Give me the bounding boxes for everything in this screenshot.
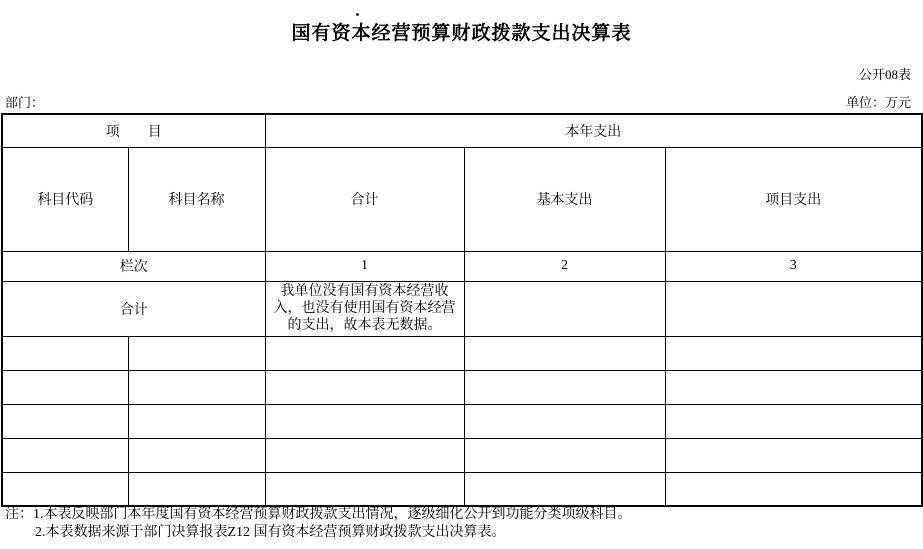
note-1: 注：1.本表反映部门本年度国有资本经营预算财政拨款支出情况，逐级细化公开到功能分… [5, 506, 915, 524]
header-cell-total: 合计 [265, 147, 464, 251]
empty-cell [665, 370, 922, 404]
page-title: 国有资本经营预算财政拨款支出决算表 [0, 18, 923, 45]
empty-cell [2, 472, 128, 506]
empty-cell [665, 404, 922, 438]
empty-cell [128, 370, 265, 404]
index-cell-3: 3 [665, 251, 922, 281]
empty-cell [265, 370, 464, 404]
note-2: 2.本表数据来源于部门决算报表Z12 国有资本经营预算财政拨款支出决算表。 [5, 524, 915, 542]
empty-cell [265, 404, 464, 438]
empty-cell [464, 438, 665, 472]
index-row-label: 栏次 [2, 251, 265, 281]
empty-cell [2, 404, 128, 438]
no-data-statement-cell: 我单位没有国有资本经营收 入，也没有使用国有资本经营 的支出，故本表无数据。 [265, 281, 464, 336]
empty-cell [665, 472, 922, 506]
empty-cell [464, 370, 665, 404]
empty-cell [464, 472, 665, 506]
empty-row [2, 336, 922, 370]
empty-cell [128, 472, 265, 506]
empty-cell [265, 472, 464, 506]
note-2-text: 2.本表数据来源于部门决算报表Z12 国有资本经营预算财政拨款支出决算表。 [35, 525, 506, 540]
header-cell-project-expenditure: 项目支出 [665, 147, 922, 251]
column-index-row: 栏次 1 2 3 [2, 251, 922, 281]
index-cell-1: 1 [265, 251, 464, 281]
table-code-label: 公开08表 [859, 64, 911, 83]
total-row-label: 合计 [2, 281, 265, 336]
empty-row [2, 370, 922, 404]
expenditure-table: 项 目 本年支出 科目代码 科目名称 合计 基本支出 项目支出 栏次 1 2 3… [1, 113, 923, 507]
header-group-row: 项 目 本年支出 [2, 114, 922, 147]
empty-cell [265, 438, 464, 472]
empty-cell [2, 438, 128, 472]
header-group-current-year-expenditure: 本年支出 [265, 114, 922, 147]
empty-row [2, 472, 922, 506]
empty-cell [665, 438, 922, 472]
total-row: 合计 我单位没有国有资本经营收 入，也没有使用国有资本经营 的支出，故本表无数据… [2, 281, 922, 336]
empty-cell [128, 438, 265, 472]
note-1-text: 1.本表反映部门本年度国有资本经营预算财政拨款支出情况，逐级细化公开到功能分类项… [33, 507, 632, 522]
table-body: 项 目 本年支出 科目代码 科目名称 合计 基本支出 项目支出 栏次 1 2 3… [2, 114, 922, 506]
document-page: 国有资本经营预算财政拨款支出决算表 公开08表 部门： 单位：万元 项 目 本年… [0, 0, 923, 549]
empty-cell [464, 336, 665, 370]
index-cell-2: 2 [464, 251, 665, 281]
empty-cell [665, 336, 922, 370]
empty-cell [2, 336, 128, 370]
empty-cell [464, 404, 665, 438]
notes: 注：1.本表反映部门本年度国有资本经营预算财政拨款支出情况，逐级细化公开到功能分… [5, 506, 915, 542]
header-row: 科目代码 科目名称 合计 基本支出 项目支出 [2, 147, 922, 251]
notes-prefix: 注： [5, 507, 33, 522]
total-project-empty-cell [665, 281, 922, 336]
header-cell-subject-code: 科目代码 [2, 147, 128, 251]
header-cell-basic-expenditure: 基本支出 [464, 147, 665, 251]
unit-label: 单位：万元 [846, 92, 911, 111]
empty-cell [2, 370, 128, 404]
header-group-project: 项 目 [2, 114, 265, 147]
empty-row [2, 404, 922, 438]
empty-cell [128, 404, 265, 438]
total-basic-empty-cell [464, 281, 665, 336]
header-cell-subject-name: 科目名称 [128, 147, 265, 251]
empty-cell [128, 336, 265, 370]
empty-cell [265, 336, 464, 370]
department-label: 部门： [5, 92, 44, 111]
artifact-dot [356, 13, 359, 16]
empty-row [2, 438, 922, 472]
